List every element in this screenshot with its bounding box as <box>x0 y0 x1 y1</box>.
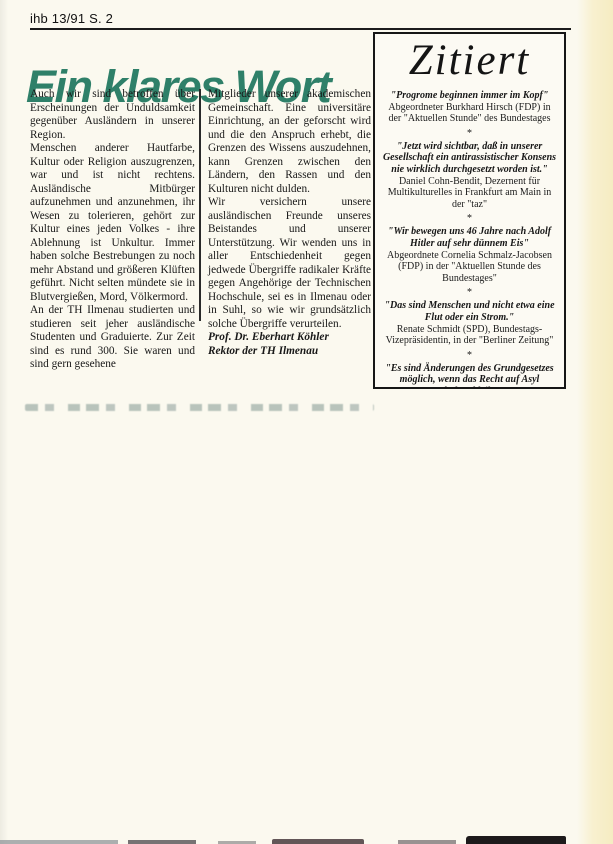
scan-bottom-artifact <box>272 839 364 844</box>
quotes-sidebar-box: Zitiert "Progrome beginnen immer im Kopf… <box>373 32 566 389</box>
quote-attribution: Renate Schmidt (SPD), Bundestags-Vizeprä… <box>382 324 557 347</box>
paragraph: Wir versichern unsere ausländischen Freu… <box>208 196 371 331</box>
asterisk-separator: * <box>382 214 557 223</box>
paragraph: Menschen anderer Hautfarbe, Kultur oder … <box>30 142 195 304</box>
quote-attribution: Abgeordneter Burkhard Hirsch (FDP) in de… <box>382 102 557 125</box>
scan-bottom-artifact <box>398 840 456 844</box>
asterisk-separator: * <box>382 351 557 360</box>
scanned-newsletter-page: ihb 13/91 S. 2 Ein klares Wort Auch wir … <box>0 0 613 844</box>
scan-left-edge-shade <box>0 0 8 844</box>
paragraph: Mitglieder unserer akademischen Gemeinsc… <box>208 88 371 196</box>
article-column-left: Auch wir sind betroffen über Erscheinung… <box>30 88 195 372</box>
scan-bottom-artifact <box>128 840 196 844</box>
paragraph: An der TH Ilmenau studierten und studier… <box>30 304 195 372</box>
header-rule <box>30 28 571 30</box>
asterisk-separator: * <box>382 129 557 138</box>
quote-text: "Das sind Menschen und nicht etwa eine F… <box>382 300 557 323</box>
scan-bottom-artifact <box>466 836 566 844</box>
quote-text: "Wir bewegen uns 46 Jahre nach Adolf Hit… <box>382 226 557 249</box>
paragraph: Auch wir sind betroffen über Erscheinung… <box>30 88 195 142</box>
quotes-box-title: Zitiert <box>382 38 557 84</box>
publication-mark: ihb 13/91 S. 2 <box>30 11 113 26</box>
article-column-right: Mitglieder unserer akademischen Gemeinsc… <box>208 88 371 358</box>
scan-bottom-artifact <box>0 840 118 844</box>
quote-attribution: Abgeordnete Cornelia Schmalz-Jacobsen (F… <box>382 250 557 285</box>
column-divider-rule <box>199 89 201 321</box>
print-bleed-artifact <box>25 404 374 411</box>
asterisk-separator: * <box>382 288 557 297</box>
quote-text: "Progrome beginnen immer im Kopf" <box>382 90 557 102</box>
quote-text: "Es sind Änderungen des Grundgesetzes mö… <box>382 363 557 389</box>
quote-attribution: Daniel Cohn-Bendit, Dezernent für Multik… <box>382 176 557 211</box>
signature-role: Rektor der TH Ilmenau <box>208 345 371 359</box>
signature-name: Prof. Dr. Eberhart Köhler <box>208 331 371 345</box>
quote-text: "Jetzt wird sichtbar, daß in unserer Ges… <box>382 141 557 176</box>
scan-right-page-edge <box>577 0 613 844</box>
